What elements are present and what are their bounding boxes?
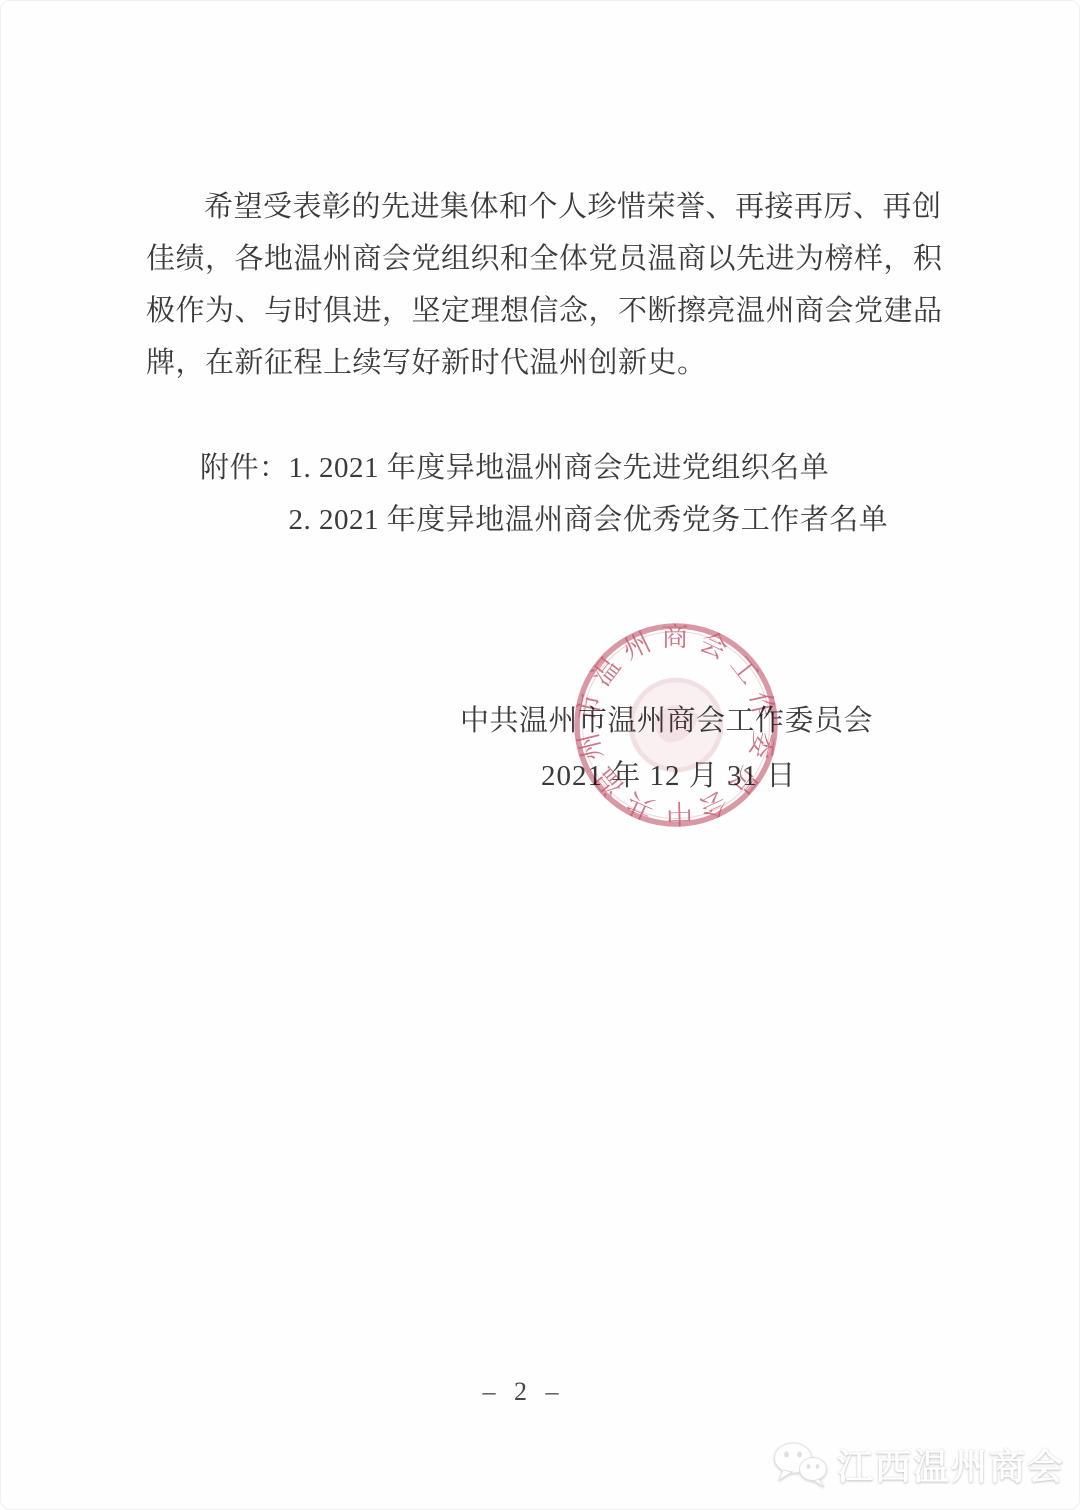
paragraph-line: 佳绩，各地温州商会党组织和全体党员温商以先进为榜样，积 [146,233,936,285]
watermark: 江西温州商会 [772,1439,1065,1490]
paragraph-line: 极作为、与时俱进，坚定理想信念，不断擦亮温州商会党建品 [146,285,936,337]
document-page: 希望受表彰的先进集体和个人珍惜荣誉、再接再厉、再创 佳绩，各地温州商会党组织和全… [0,0,1080,1510]
attachments-label: 附件： [200,442,289,546]
body-paragraph: 希望受表彰的先进集体和个人珍惜荣誉、再接再厉、再创 佳绩，各地温州商会党组织和全… [146,181,936,389]
paragraph-line: 希望受表彰的先进集体和个人珍惜荣誉、再接再厉、再创 [146,181,936,233]
watermark-text: 江西温州商会 [837,1439,1065,1490]
page-number: – 2 – [1,1377,1046,1407]
attachment-item: 2. 2021 年度异地温州商会优秀党务工作者名单 [289,494,889,546]
attachments-block: 附件： 1. 2021 年度异地温州商会先进党组织名单 2. 2021 年度异地… [200,442,888,546]
date-line: 2021 年 12 月 31 日 [541,753,796,794]
signature-line: 中共温州市温州商会工作委员会 [460,698,873,739]
attachment-item: 1. 2021 年度异地温州商会先进党组织名单 [289,442,889,494]
wechat-icon [772,1441,828,1489]
paragraph-line: 牌，在新征程上续写好新时代温州创新史。 [146,337,936,389]
